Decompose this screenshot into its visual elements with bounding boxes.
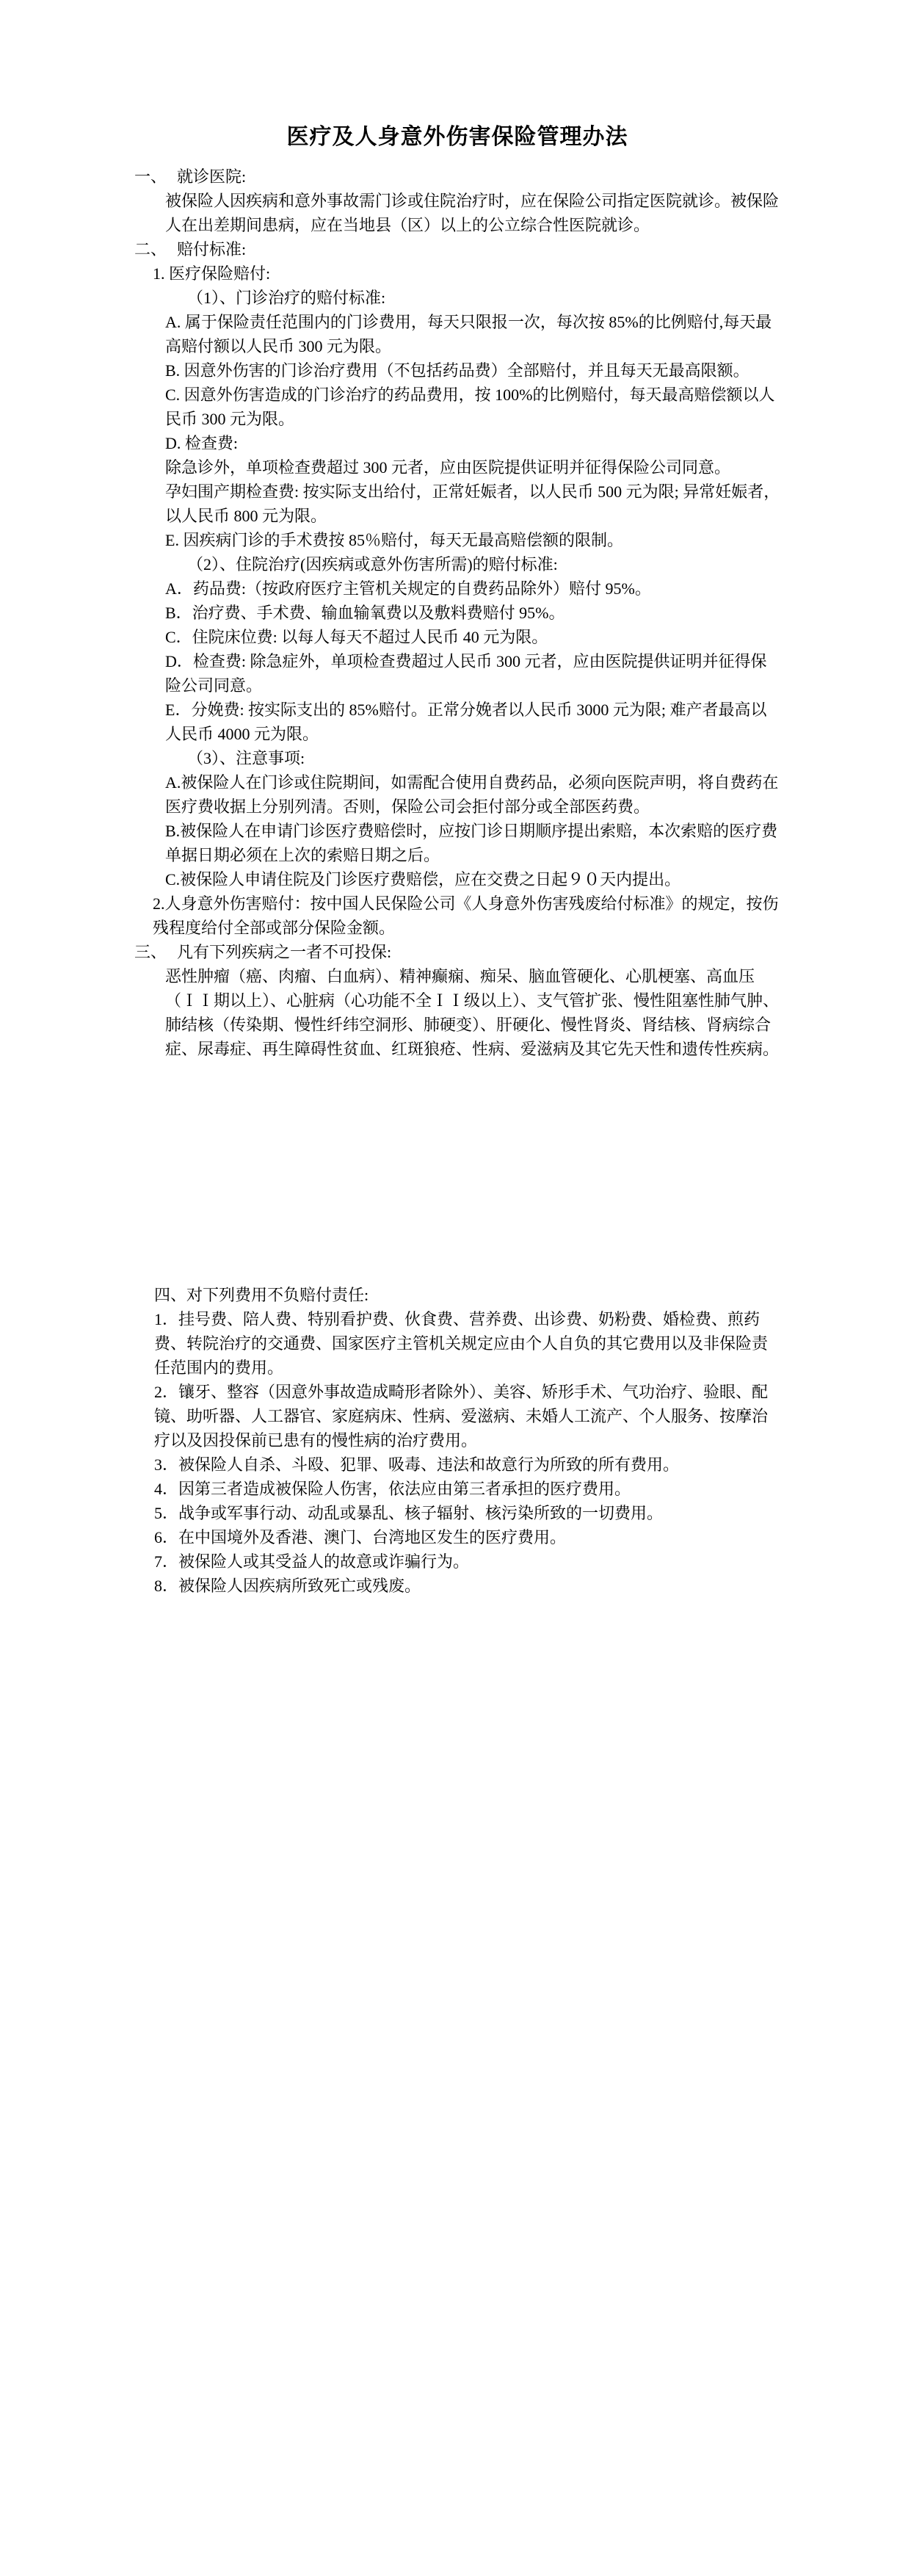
paragraph-text: 5．战争或军事行动、动乱或暴乱、核子辐射、核污染所致的一切费用。: [154, 1504, 663, 1522]
exclusion-item: 4．因第三者造成被保险人伤害，依法应由第三者承担的医疗费用。: [154, 1477, 780, 1501]
blank-gap: [134, 1061, 780, 1283]
list-label: 一、: [134, 164, 177, 189]
paragraph: 除急诊外，单项检查费超过 300 元者，应由医院提供证明并征得保险公司同意。: [165, 455, 780, 480]
paragraph-text: （2）、住院治疗(因疾病或意外伤害所需)的赔付标准:: [187, 555, 558, 574]
paragraph: C. 因意外伤害造成的门诊治疗的药品费用，按 100%的比例赔付，每天最高赔偿额…: [165, 383, 780, 431]
sub-heading: （1）、门诊治疗的赔付标准:: [187, 286, 780, 310]
paragraph-text: B. 因意外伤害的门诊治疗费用（不包括药品费）全部赔付，并且每天无最高限额。: [165, 361, 750, 380]
exclusion-item: 1．挂号费、陪人费、特别看护费、伙食费、营养费、出诊费、奶粉费、婚检费、煎药费、…: [154, 1307, 780, 1380]
paragraph-text: 4．因第三者造成被保险人伤害，依法应由第三者承担的医疗费用。: [154, 1480, 631, 1498]
paragraph: D．检查费: 除急症外，单项检查费超过人民币 300 元者，应由医院提供证明并征…: [165, 649, 780, 698]
paragraph-text: C．住院床位费: 以每人每天不超过人民币 40 元为限。: [165, 628, 548, 646]
paragraph-text: （3）、注意事项:: [187, 749, 305, 767]
sub-heading: （3）、注意事项:: [187, 746, 780, 770]
sub-heading: （2）、住院治疗(因疾病或意外伤害所需)的赔付标准:: [187, 552, 780, 576]
paragraph: E. 因疾病门诊的手术费按 85％赔付，每天无最高赔偿额的限制。: [165, 528, 780, 552]
paragraph-text: 就诊医院:: [177, 164, 246, 189]
exclusion-item: 5．战争或军事行动、动乱或暴乱、核子辐射、核污染所致的一切费用。: [154, 1501, 780, 1525]
document-body: 一、 就诊医院: 被保险人因疾病和意外事故需门诊或住院治疗时，应在保险公司指定医…: [134, 164, 780, 1598]
paragraph-text: 恶性肿瘤（癌、肉瘤、白血病）、精神癫痫、痴呆、脑血管硬化、心肌梗塞、高血压（ＩＩ…: [165, 967, 779, 1058]
paragraph: A.被保险人在门诊或住院期间，如需配合使用自费药品，必须向医院声明，将自费药在医…: [165, 770, 780, 819]
paragraph-text: A.被保险人在门诊或住院期间，如需配合使用自费药品，必须向医院声明，将自费药在医…: [165, 773, 778, 816]
paragraph: 恶性肿瘤（癌、肉瘤、白血病）、精神癫痫、痴呆、脑血管硬化、心肌梗塞、高血压（ＩＩ…: [165, 964, 780, 1061]
paragraph-text: B.被保险人在申请门诊医疗费赔偿时，应按门诊日期顺序提出索赔，本次索赔的医疗费单…: [165, 822, 777, 864]
paragraph-text: D．检查费: 除急症外，单项检查费超过人民币 300 元者，应由医院提供证明并征…: [165, 652, 767, 695]
paragraph-text: 除急诊外，单项检查费超过 300 元者，应由医院提供证明并征得保险公司同意。: [165, 458, 730, 477]
section-heading: 二、 赔付标准:: [134, 237, 780, 261]
exclusion-item: 2．镶牙、整容（因意外事故造成畸形者除外）、美容、矫形手术、气功治疗、验眼、配镜…: [154, 1380, 780, 1452]
exclusion-item: 8．被保险人因疾病所致死亡或残废。: [154, 1574, 780, 1598]
paragraph-text: A．药品费:（按政府医疗主管机关规定的自费药品除外）赔付 95%。: [165, 579, 651, 598]
paragraph: E．分娩费: 按实际支出的 85%赔付。正常分娩者以人民币 3000 元为限; …: [165, 698, 780, 746]
paragraph-text: A. 属于保险责任范围内的门诊费用，每天只限报一次，每次按 85%的比例赔付,每…: [165, 313, 772, 355]
paragraph-text: C.被保险人申请住院及门诊医疗费赔偿，应在交费之日起９０天内提出。: [165, 870, 680, 889]
paragraph-text: 孕妇围产期检查费: 按实际支出给付，正常妊娠者，以人民币 500 元为限; 异常…: [165, 482, 780, 525]
list-label: 二、: [134, 237, 177, 261]
list-label: 三、: [134, 940, 177, 964]
paragraph-text: 赔付标准:: [177, 237, 246, 261]
paragraph-text: 8．被保险人因疾病所致死亡或残废。: [154, 1577, 421, 1595]
paragraph: C.被保险人申请住院及门诊医疗费赔偿，应在交费之日起９０天内提出。: [165, 867, 780, 891]
paragraph-text: 2.人身意外伤害赔付：按中国人民保险公司《人身意外伤害残废给付标准》的规定，按伤…: [153, 894, 779, 937]
paragraph-text: 2．镶牙、整容（因意外事故造成畸形者除外）、美容、矫形手术、气功治疗、验眼、配镜…: [154, 1383, 768, 1450]
exclusion-item: 四、对下列费用不负赔付责任:: [154, 1283, 780, 1307]
paragraph: B．治疗费、手术费、输血输氧费以及敷料费赔付 95%。: [165, 601, 780, 625]
paragraph-text: 6．在中国境外及香港、澳门、台湾地区发生的医疗费用。: [154, 1528, 566, 1546]
exclusion-item: 6．在中国境外及香港、澳门、台湾地区发生的医疗费用。: [154, 1525, 780, 1549]
paragraph-text: 7．被保险人或其受益人的故意或诈骗行为。: [154, 1552, 469, 1571]
paragraph-text: D. 检查费:: [165, 434, 238, 452]
paragraph-text: 凡有下列疾病之一者不可投保:: [177, 940, 391, 964]
paragraph: B. 因意外伤害的门诊治疗费用（不包括药品费）全部赔付，并且每天无最高限额。: [165, 358, 780, 383]
paragraph-text: 1．挂号费、陪人费、特别看护费、伙食费、营养费、出诊费、奶粉费、婚检费、煎药费、…: [154, 1310, 768, 1377]
document-content: 医疗及人身意外伤害保险管理办法 一、 就诊医院: 被保险人因疾病和意外事故需门诊…: [134, 122, 780, 1598]
paragraph: B.被保险人在申请门诊医疗费赔偿时，应按门诊日期顺序提出索赔，本次索赔的医疗费单…: [165, 819, 780, 867]
paragraph-text: 被保险人因疾病和意外事故需门诊或住院治疗时，应在保险公司指定医院就诊。被保险人在…: [165, 192, 779, 234]
document-page: 医疗及人身意外伤害保险管理办法 一、 就诊医院: 被保险人因疾病和意外事故需门诊…: [0, 0, 911, 2576]
paragraph-text: 1. 医疗保险赔付:: [153, 264, 270, 283]
paragraph: D. 检查费:: [165, 431, 780, 455]
paragraph: 孕妇围产期检查费: 按实际支出给付，正常妊娠者，以人民币 500 元为限; 异常…: [165, 480, 780, 528]
paragraph-text: C. 因意外伤害造成的门诊治疗的药品费用，按 100%的比例赔付，每天最高赔偿额…: [165, 386, 775, 428]
document-title: 医疗及人身意外伤害保险管理办法: [134, 122, 780, 153]
exclusion-item: 3．被保险人自杀、斗殴、犯罪、吸毒、违法和故意行为所致的所有费用。: [154, 1452, 780, 1477]
numbered-item: 2.人身意外伤害赔付：按中国人民保险公司《人身意外伤害残废给付标准》的规定，按伤…: [153, 891, 780, 940]
paragraph-text: E．分娩费: 按实际支出的 85%赔付。正常分娩者以人民币 3000 元为限; …: [165, 701, 767, 743]
section-heading: 三、 凡有下列疾病之一者不可投保:: [134, 940, 780, 964]
section-heading: 一、 就诊医院:: [134, 164, 780, 189]
paragraph-text: 四、对下列费用不负赔付责任:: [154, 1286, 369, 1304]
paragraph-text: B．治疗费、手术费、输血输氧费以及敷料费赔付 95%。: [165, 604, 565, 622]
exclusion-item: 7．被保险人或其受益人的故意或诈骗行为。: [154, 1549, 780, 1574]
paragraph: 被保险人因疾病和意外事故需门诊或住院治疗时，应在保险公司指定医院就诊。被保险人在…: [165, 189, 780, 237]
paragraph-text: （1）、门诊治疗的赔付标准:: [187, 289, 385, 307]
paragraph-text: 3．被保险人自杀、斗殴、犯罪、吸毒、违法和故意行为所致的所有费用。: [154, 1455, 679, 1474]
paragraph-text: E. 因疾病门诊的手术费按 85％赔付，每天无最高赔偿额的限制。: [165, 531, 623, 549]
numbered-item: 1. 医疗保险赔付:: [153, 261, 780, 286]
paragraph: A．药品费:（按政府医疗主管机关规定的自费药品除外）赔付 95%。: [165, 576, 780, 601]
paragraph: A. 属于保险责任范围内的门诊费用，每天只限报一次，每次按 85%的比例赔付,每…: [165, 310, 780, 358]
paragraph: C．住院床位费: 以每人每天不超过人民币 40 元为限。: [165, 625, 780, 649]
